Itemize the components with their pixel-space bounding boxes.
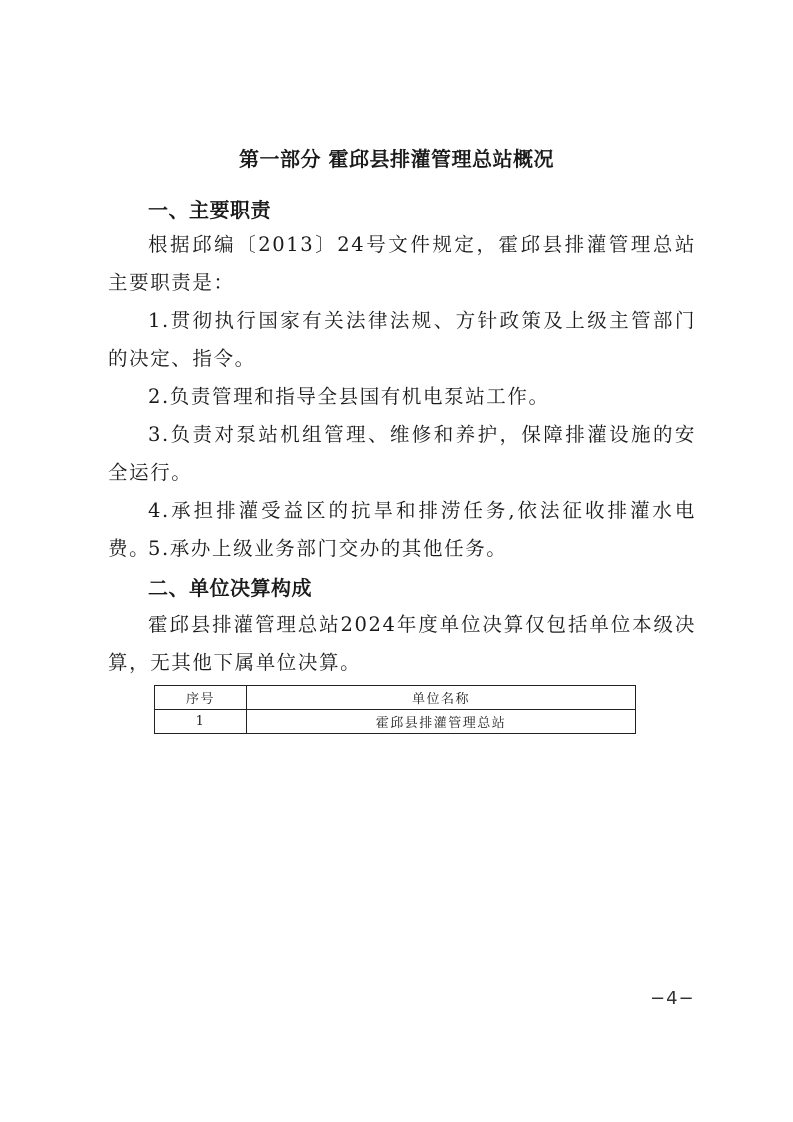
duties-intro-paragraph: 根据邱编〔2013〕24号文件规定，霍邱县排灌管理总站主要职责是：	[108, 226, 696, 302]
table-cell-seq: 1	[155, 710, 247, 734]
duty-item-5: 5.承办上级业务部门交办的其他任务。	[108, 530, 696, 568]
duty-item-2: 2.负责管理和指导全县国有机电泵站工作。	[108, 378, 696, 416]
duty-item-1: 1.贯彻执行国家有关法律法规、方针政策及上级主管部门的决定、指令。	[108, 302, 696, 378]
unit-table: 序号 单位名称 1 霍邱县排灌管理总站	[154, 685, 636, 734]
table-row: 1 霍邱县排灌管理总站	[155, 710, 636, 734]
part-title: 第一部分 霍邱县排灌管理总站概况	[0, 145, 793, 173]
section-heading-unit-composition: 二、单位决算构成	[148, 574, 312, 602]
table-header-row: 序号 单位名称	[155, 686, 636, 710]
page-number: −4−	[650, 988, 695, 1009]
table-header-seq: 序号	[155, 686, 247, 710]
duty-item-3: 3.负责对泵站机组管理、维修和养护，保障排灌设施的安全运行。	[108, 416, 696, 492]
table-header-unit-name: 单位名称	[247, 686, 636, 710]
unit-composition-paragraph: 霍邱县排灌管理总站2024年度单位决算仅包括单位本级决算，无其他下属单位决算。	[108, 606, 696, 682]
section-heading-main-duties: 一、主要职责	[148, 196, 271, 224]
table-cell-unit-name: 霍邱县排灌管理总站	[247, 710, 636, 734]
